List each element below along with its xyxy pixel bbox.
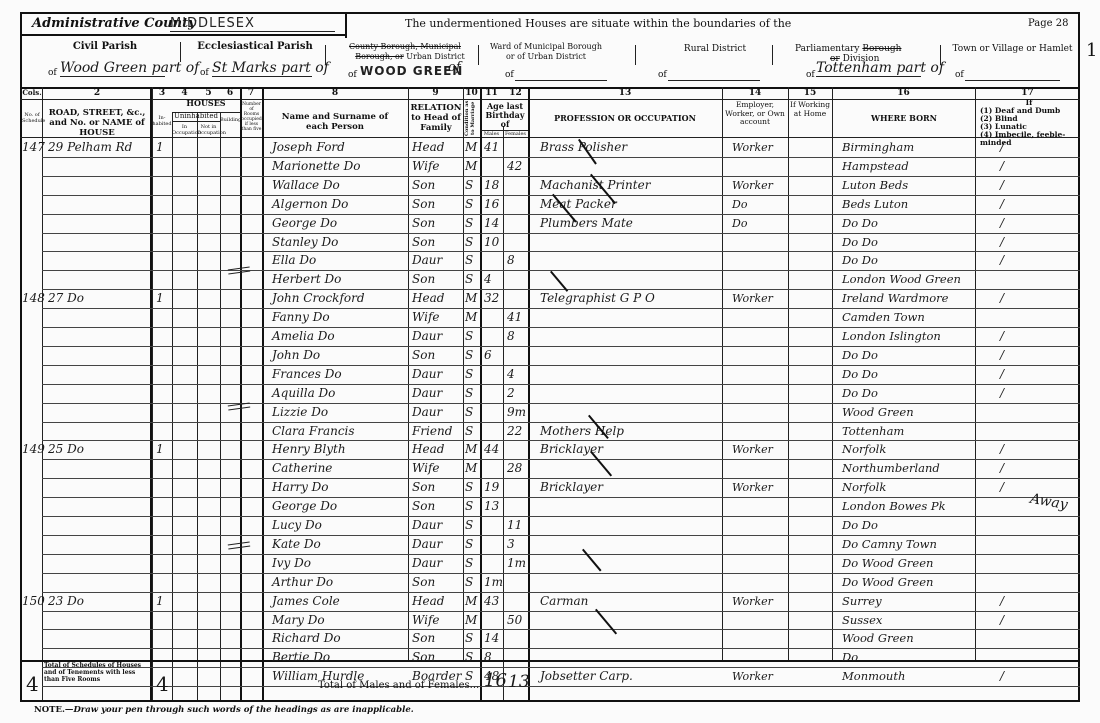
male-age: 14 <box>484 629 503 648</box>
person-name: Aquilla Do <box>272 384 408 403</box>
schedule-number <box>22 516 42 535</box>
schedule-number <box>22 497 42 516</box>
employer-status <box>732 459 788 478</box>
schedule-number <box>22 308 42 327</box>
male-age: 10 <box>484 233 503 252</box>
col-heading-condition: Condition as to Marriage <box>464 100 479 136</box>
relation: Son <box>412 195 463 214</box>
person-name: George Do <box>272 497 408 516</box>
male-age: 4 <box>484 270 503 289</box>
female-age: 1m <box>507 554 528 573</box>
infirmity-tick <box>1000 535 1030 554</box>
male-age: 41 <box>484 138 503 157</box>
inhabited-count <box>156 233 172 252</box>
relation: Son <box>412 478 463 497</box>
eccl-parish-label: Ecclesiastical Parish <box>190 42 320 52</box>
relation: Son <box>412 176 463 195</box>
infirmity-tick: / <box>1000 327 1030 346</box>
col-heading-occupation: PROFESSION OR OCCUPATION <box>530 113 720 123</box>
infirmity-tick: / <box>1000 592 1030 611</box>
road-address <box>48 251 152 270</box>
civil-parish-label: Civil Parish <box>40 42 170 52</box>
female-age <box>507 629 528 648</box>
condition: M <box>465 459 480 478</box>
female-age: 28 <box>507 459 528 478</box>
inhabited-count <box>156 459 172 478</box>
female-age: 8 <box>507 327 528 346</box>
col-heading-females: Females <box>503 131 528 137</box>
parl-borough-struck: Borough <box>862 44 901 54</box>
female-age <box>507 497 528 516</box>
schedule-number: 147 <box>22 138 42 157</box>
employer-status: Worker <box>732 667 788 686</box>
inhabited-count <box>156 516 172 535</box>
male-age: 16 <box>484 195 503 214</box>
employer-status <box>732 629 788 648</box>
col-number: 3 <box>152 88 172 98</box>
title-line: The undermentioned Houses are situate wi… <box>405 17 791 30</box>
birthplace: Do Camny Town <box>842 535 975 554</box>
employer-status <box>732 422 788 441</box>
relation: Daur <box>412 365 463 384</box>
person-name: Harry Do <box>272 478 408 497</box>
employer-status <box>732 535 788 554</box>
schedule-number <box>22 554 42 573</box>
relation: Wife <box>412 157 463 176</box>
infirmity-tick <box>1000 403 1030 422</box>
female-age <box>507 573 528 592</box>
birthplace: Tottenham <box>842 422 975 441</box>
person-name: Henry Blyth <box>272 440 408 459</box>
male-age <box>484 384 503 403</box>
inhabited-count <box>156 403 172 422</box>
occupation <box>540 384 722 403</box>
road-address <box>48 384 152 403</box>
occupation <box>540 157 722 176</box>
relation: Son <box>412 233 463 252</box>
road-address <box>48 308 152 327</box>
occupation <box>540 365 722 384</box>
inhabited-count: 1 <box>156 138 172 157</box>
page-number: Page 28 <box>1028 18 1068 29</box>
employer-status <box>732 497 788 516</box>
birthplace: Norfolk <box>842 440 975 459</box>
birthplace: Sussex <box>842 611 975 630</box>
person-name: Catherine <box>272 459 408 478</box>
occupation <box>540 497 722 516</box>
condition: M <box>465 138 480 157</box>
footnote: NOTE.—Draw your pen through such words o… <box>34 705 414 715</box>
infirmity-tick <box>1000 516 1030 535</box>
col-heading-age: Age last Birthday of <box>482 102 528 129</box>
female-age <box>507 592 528 611</box>
employer-status <box>732 365 788 384</box>
schedule-number <box>22 176 42 195</box>
schedule-number <box>22 611 42 630</box>
occupation <box>540 327 722 346</box>
total-inhabited-value: 4 <box>156 672 169 696</box>
schedule-number: 149 <box>22 440 42 459</box>
female-age: 42 <box>507 157 528 176</box>
total-males: 16 <box>484 670 507 691</box>
col-rule <box>152 87 153 700</box>
male-age <box>484 403 503 422</box>
male-age: 19 <box>484 478 503 497</box>
schedule-number <box>22 365 42 384</box>
infirmity-tick: / <box>1000 667 1030 686</box>
occupation <box>540 251 722 270</box>
male-age <box>484 535 503 554</box>
road-address <box>48 573 152 592</box>
schedule-number <box>22 573 42 592</box>
female-age: 50 <box>507 611 528 630</box>
col-number: 15 <box>788 88 832 98</box>
condition: S <box>465 648 480 667</box>
female-age: 3 <box>507 535 528 554</box>
col-heading-in-occupation: In Occupation <box>172 124 197 136</box>
person-name: James Cole <box>272 592 408 611</box>
col-number: 16 <box>832 88 975 98</box>
female-age <box>507 233 528 252</box>
infirmity-tick <box>1000 629 1030 648</box>
of-label: of <box>348 70 357 80</box>
inhabited-count <box>156 554 172 573</box>
occupation: Telegraphist G P O <box>540 289 722 308</box>
infirmity-tick <box>1000 573 1030 592</box>
road-address <box>48 422 152 441</box>
female-age: 41 <box>507 308 528 327</box>
condition: S <box>465 497 480 516</box>
col-rule <box>408 87 409 660</box>
schedule-number <box>22 403 42 422</box>
of-label: of <box>200 68 209 78</box>
occupation: Carman <box>540 592 722 611</box>
birthplace: Beds Luton <box>842 195 975 214</box>
infirmity-tick: / <box>1000 384 1030 403</box>
infirmity-tick: / <box>1000 611 1030 630</box>
employer-status <box>732 346 788 365</box>
employer-status: Worker <box>732 478 788 497</box>
inhabited-count <box>156 478 172 497</box>
birthplace: Birmingham <box>842 138 975 157</box>
female-age <box>507 138 528 157</box>
male-age: 14 <box>484 214 503 233</box>
birthplace: Do Wood Green <box>842 573 975 592</box>
birthplace: Do Do <box>842 214 975 233</box>
female-age <box>507 289 528 308</box>
birthplace: Norfolk <box>842 478 975 497</box>
col-heading-name: Name and Surname of each Person <box>270 112 400 132</box>
person-name: Algernon Do <box>272 195 408 214</box>
male-age <box>484 365 503 384</box>
person-name: Ella Do <box>272 251 408 270</box>
person-name: John Do <box>272 346 408 365</box>
col-number: 13 <box>528 88 722 98</box>
inhabited-count <box>156 629 172 648</box>
total-females: 13 <box>508 672 530 692</box>
male-age <box>484 554 503 573</box>
relation: Son <box>412 629 463 648</box>
col-rule <box>42 87 43 700</box>
inhabited-count <box>156 346 172 365</box>
road-address <box>48 516 152 535</box>
male-age: 8 <box>484 648 503 667</box>
relation: Son <box>412 573 463 592</box>
male-age: 43 <box>484 592 503 611</box>
infirmity-tick <box>1000 422 1030 441</box>
birthplace: Wood Green <box>842 629 975 648</box>
rural-district-label: Rural District <box>645 44 785 54</box>
relation: Daur <box>412 535 463 554</box>
female-age <box>507 270 528 289</box>
person-name: Amelia Do <box>272 327 408 346</box>
male-age <box>484 308 503 327</box>
male-age <box>484 251 503 270</box>
parl-division-value: Tottenham part of <box>816 60 921 77</box>
infirmity-tick: / <box>1000 365 1030 384</box>
birthplace: Luton Beds <box>842 176 975 195</box>
col-rule <box>463 87 464 660</box>
male-age: 18 <box>484 176 503 195</box>
male-age: 1m <box>484 573 503 592</box>
col-heading-schedule: No. of Schedule <box>22 112 42 124</box>
col-heading-uninhabited: Uninhabited <box>172 112 220 120</box>
schedule-number <box>22 157 42 176</box>
total-males-females-label: Total of Males and of Females... <box>318 680 479 691</box>
female-age <box>507 176 528 195</box>
divider <box>325 45 326 65</box>
schedule-number <box>22 214 42 233</box>
infirmity-tick: / <box>1000 459 1030 478</box>
condition: S <box>465 403 480 422</box>
rule <box>172 121 220 122</box>
of-label: of <box>955 70 964 80</box>
schedule-number: 148 <box>22 289 42 308</box>
ward-blank <box>515 80 607 81</box>
col-heading-road: ROAD, STREET, &c., and No. or NAME of HO… <box>44 108 150 138</box>
occupation: Plumbers Mate <box>540 214 722 233</box>
employer-status <box>732 157 788 176</box>
relation: Wife <box>412 308 463 327</box>
relation: Daur <box>412 251 463 270</box>
person-name: Richard Do <box>272 629 408 648</box>
road-address <box>48 403 152 422</box>
relation: Son <box>412 648 463 667</box>
birthplace: Do Do <box>842 251 975 270</box>
inhabited-count <box>156 327 172 346</box>
occupation <box>540 233 722 252</box>
schedule-number <box>22 233 42 252</box>
employer-status: Worker <box>732 592 788 611</box>
person-name: Wallace Do <box>272 176 408 195</box>
total-schedules-value: 4 <box>26 672 39 696</box>
employer-status <box>732 554 788 573</box>
male-age <box>484 459 503 478</box>
infirmity-tick <box>1000 554 1030 573</box>
schedule-number: 150 <box>22 592 42 611</box>
condition: M <box>465 157 480 176</box>
infirmity-tick <box>1000 270 1030 289</box>
condition: S <box>465 422 480 441</box>
col-rule <box>503 126 504 700</box>
col-number: 14 <box>722 88 788 98</box>
female-age <box>507 346 528 365</box>
col-heading-employer: Employer, Worker, or Own account <box>724 101 786 127</box>
schedule-number <box>22 327 42 346</box>
schedule-number <box>22 195 42 214</box>
inhabited-count: 1 <box>156 592 172 611</box>
infirmity-tick: / <box>1000 251 1030 270</box>
condition: S <box>465 270 480 289</box>
col-rule <box>262 87 264 700</box>
relation: Head <box>412 289 463 308</box>
condition: S <box>465 346 480 365</box>
divider <box>478 45 479 65</box>
row-rule <box>42 686 1080 687</box>
occupation <box>540 403 722 422</box>
col-rule <box>788 87 789 660</box>
employer-status <box>732 251 788 270</box>
admin-county-value: MIDDLESEX <box>170 16 335 32</box>
condition: S <box>465 214 480 233</box>
condition: S <box>465 176 480 195</box>
birthplace: Do Do <box>842 516 975 535</box>
inhabited-count <box>156 384 172 403</box>
infirmity-tick: / <box>1000 176 1030 195</box>
birthplace: Do <box>842 648 975 667</box>
col-rule <box>240 87 242 700</box>
person-name: Bertie Do <box>272 648 408 667</box>
employer-status <box>732 573 788 592</box>
col-rule <box>832 87 833 660</box>
relation: Wife <box>412 459 463 478</box>
road-address: 27 Do <box>48 289 152 308</box>
inhabited-count <box>156 422 172 441</box>
female-age: 2 <box>507 384 528 403</box>
female-age <box>507 440 528 459</box>
birthplace: Do Wood Green <box>842 554 975 573</box>
road-address <box>48 195 152 214</box>
inhabited-count <box>156 497 172 516</box>
birthplace: Monmouth <box>842 667 975 686</box>
male-age: 13 <box>484 497 503 516</box>
birthplace: London Bowes Pk <box>842 497 975 516</box>
road-address: 29 Pelham Rd <box>48 138 152 157</box>
condition: S <box>465 327 480 346</box>
of-label: of <box>658 70 667 80</box>
col-number: 8 <box>262 88 408 98</box>
condition: M <box>465 440 480 459</box>
condition: S <box>465 554 480 573</box>
infirmity-tick: / <box>1000 214 1030 233</box>
person-name: John Crockford <box>272 289 408 308</box>
county-borough-label: County Borough, Municipal <box>340 42 470 52</box>
schedule-number <box>22 384 42 403</box>
relation: Son <box>412 270 463 289</box>
birthplace: Camden Town <box>842 308 975 327</box>
relation: Daur <box>412 403 463 422</box>
occupation: Bricklayer <box>540 440 722 459</box>
rural-blank <box>668 80 760 81</box>
inhabited-count <box>156 308 172 327</box>
relation: Daur <box>412 516 463 535</box>
condition: S <box>465 233 480 252</box>
road-address: 25 Do <box>48 440 152 459</box>
employer-status: Worker <box>732 289 788 308</box>
note-prefix: NOTE.— <box>34 705 73 715</box>
schedule-number <box>22 459 42 478</box>
female-age: 8 <box>507 251 528 270</box>
schedule-number <box>22 270 42 289</box>
condition: S <box>465 516 480 535</box>
relation: Daur <box>412 384 463 403</box>
divider <box>940 45 941 65</box>
employer-status: Do <box>732 214 788 233</box>
occupation: Bricklayer <box>540 478 722 497</box>
col-heading-inhabited: In-habited <box>152 115 172 127</box>
person-name: Mary Do <box>272 611 408 630</box>
col-rule <box>172 112 173 700</box>
person-name: Lizzie Do <box>272 403 408 422</box>
of-label: of <box>806 70 815 80</box>
road-address <box>48 365 152 384</box>
road-address <box>48 233 152 252</box>
male-age: 44 <box>484 440 503 459</box>
infirmity-tick: / <box>1000 138 1030 157</box>
person-name: George Do <box>272 214 408 233</box>
condition: S <box>465 478 480 497</box>
occupation <box>540 648 722 667</box>
road-address <box>48 157 152 176</box>
employer-status: Worker <box>732 138 788 157</box>
col-rule <box>722 87 723 660</box>
parl-label: Parliamentary Borough <box>795 44 901 54</box>
relation: Head <box>412 138 463 157</box>
schedule-number <box>22 478 42 497</box>
employer-status <box>732 611 788 630</box>
inhabited-count: 1 <box>156 289 172 308</box>
col-number: 5 <box>197 88 220 98</box>
road-address <box>48 611 152 630</box>
birthplace: Do Do <box>842 365 975 384</box>
schedule-number <box>22 346 42 365</box>
birthplace: Surrey <box>842 592 975 611</box>
col-rule <box>975 87 976 660</box>
female-age: 11 <box>507 516 528 535</box>
occupation <box>540 535 722 554</box>
col-heading-relation: RELATION to Head of Family <box>410 103 462 133</box>
person-name: Kate Do <box>272 535 408 554</box>
person-name: Joseph Ford <box>272 138 408 157</box>
occupation <box>540 611 722 630</box>
condition: M <box>465 611 480 630</box>
female-age: 22 <box>507 422 528 441</box>
condition: S <box>465 195 480 214</box>
infirmity-tick: / <box>1000 233 1030 252</box>
birthplace: Northumberland <box>842 459 975 478</box>
civil-parish-value: Wood Green part of <box>60 60 165 77</box>
employer-status <box>732 403 788 422</box>
occupation <box>540 459 722 478</box>
note-text: Draw your pen through such words of the … <box>73 705 413 715</box>
col-heading-males: Males <box>480 131 503 137</box>
female-age <box>507 648 528 667</box>
of-label: of <box>505 70 514 80</box>
birthplace: Do Do <box>842 233 975 252</box>
infirmity-tick: / <box>1000 478 1030 497</box>
col-number: 12 <box>503 88 528 98</box>
road-address <box>48 214 152 233</box>
